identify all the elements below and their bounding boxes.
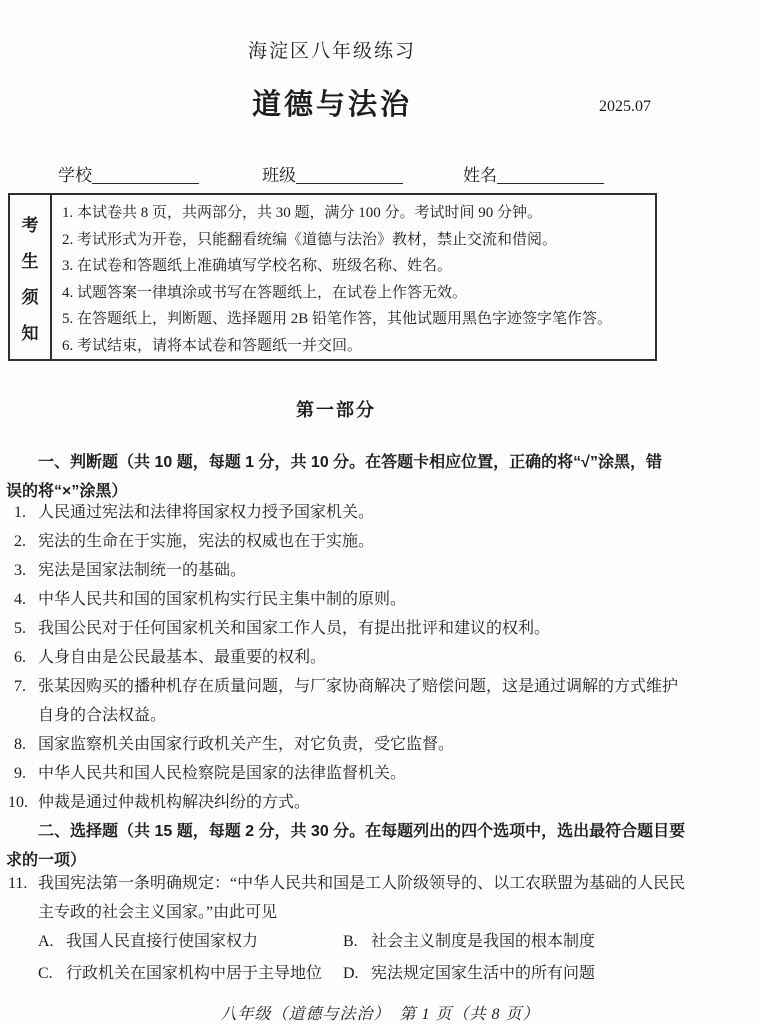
question-text: 仲裁是通过仲裁机构解决纠纷的方式。 (38, 794, 310, 811)
judgment-section-heading-line2: 误的将“×”涂黑） (6, 478, 127, 501)
question-number: 8. (14, 735, 38, 755)
question-text: 人民通过宪法和法律将国家权力授予国家机关。 (38, 504, 374, 521)
choice-section-heading-line1: 二、选择题（共 15 题，每题 2 分，共 30 分。在每题列出的四个选项中，选… (38, 818, 685, 841)
option-b: B.社会主义制度是我国的根本制度 (343, 932, 595, 952)
class-label: 班级 (262, 166, 296, 185)
school-blank-line (92, 166, 199, 184)
notice-side-char: 须 (22, 283, 39, 308)
school-field: 学校 (58, 161, 199, 186)
question-text: 中华人民共和国的国家机构实行民主集中制的原则。 (38, 591, 406, 608)
option-text: 行政机关在国家机构中居于主导地位 (66, 965, 322, 982)
notice-item: 4. 试题答案一律填涂或书写在答题纸上，在试卷上作答无效。 (62, 280, 655, 307)
exam-date: 2025.07 (599, 98, 651, 116)
choice-question-11: 11.我国宪法第一条明确规定：“中华人民共和国是工人阶级领导的、以工农联盟为基础… (8, 874, 685, 894)
question-number: 3. (14, 561, 38, 581)
option-label: B. (343, 932, 371, 952)
notice-item: 2. 考试形式为开卷，只能翻看统编《道德与法治》教材，禁止交流和借阅。 (62, 227, 655, 254)
question-number: 11. (8, 874, 38, 894)
choice-question-11-continued: 主专政的社会主义国家。”由此可见 (38, 903, 277, 923)
question-number: 9. (14, 764, 38, 784)
judgment-question-9: 9.中华人民共和国人民检察院是国家的法律监督机关。 (14, 764, 406, 784)
question-number: 5. (14, 619, 38, 639)
question-number: 4. (14, 590, 38, 610)
paper-title: 道德与法治 (0, 82, 664, 123)
question-text: 国家监察机关由国家行政机关产生，对它负责，受它监督。 (38, 736, 454, 753)
exam-paper-page: 海淀区八年级练习 道德与法治 2025.07 学校 班级 姓名 考 生 须 知 … (0, 0, 760, 1024)
option-text: 宪法规定国家生活中的所有问题 (371, 965, 595, 982)
question-text: 我国宪法第一条明确规定：“中华人民共和国是工人阶级领导的、以工农联盟为基础的人民… (38, 875, 685, 892)
judgment-question-10: 10.仲裁是通过仲裁机构解决纠纷的方式。 (8, 793, 310, 813)
notice-items: 1. 本试卷共 8 页，共两部分，共 30 题，满分 100 分。考试时间 90… (52, 195, 655, 359)
judgment-question-2: 2.宪法的生命在于实施，宪法的权威也在于实施。 (14, 532, 374, 552)
notice-side-char: 生 (22, 247, 39, 272)
option-label: C. (38, 964, 66, 984)
name-blank-line (497, 166, 604, 184)
question-text: 人身自由是公民最基本、最重要的权利。 (38, 649, 326, 666)
question-number: 10. (8, 793, 38, 813)
school-label: 学校 (58, 166, 92, 185)
question-number: 7. (14, 677, 38, 697)
question-text: 主专政的社会主义国家。”由此可见 (38, 904, 277, 921)
judgment-question-6: 6.人身自由是公民最基本、最重要的权利。 (14, 648, 326, 668)
judgment-question-5: 5.我国公民对于任何国家机关和国家工作人员，有提出批评和建议的权利。 (14, 619, 550, 639)
choice-section-heading-line2: 求的一项） (6, 847, 86, 870)
question-text: 宪法是国家法制统一的基础。 (38, 562, 246, 579)
option-c: C.行政机关在国家机构中居于主导地位 (38, 964, 322, 984)
notice-item: 5. 在答题纸上，判断题、选择题用 2B 铅笔作答，其他试题用黑色字迹签字笔作答… (62, 306, 655, 333)
judgment-section-heading-line1: 一、判断题（共 10 题，每题 1 分，共 10 分。在答题卡相应位置，正确的将… (38, 449, 662, 472)
option-text: 我国人民直接行使国家权力 (66, 933, 258, 950)
option-label: A. (38, 932, 66, 952)
class-blank-line (296, 166, 403, 184)
page-footer: 八年级（道德与法治） 第 1 页（共 8 页） (0, 1001, 760, 1024)
option-a: A.我国人民直接行使国家权力 (38, 932, 258, 952)
judgment-question-7-continued: 自身的合法权益。 (38, 706, 166, 726)
question-number: 1. (14, 503, 38, 523)
option-text: 社会主义制度是我国的根本制度 (371, 933, 595, 950)
question-text: 中华人民共和国人民检察院是国家的法律监督机关。 (38, 765, 406, 782)
notice-item: 6. 考试结束，请将本试卷和答题纸一并交回。 (62, 333, 655, 360)
notice-item: 1. 本试卷共 8 页，共两部分，共 30 题，满分 100 分。考试时间 90… (62, 200, 655, 227)
judgment-question-1: 1.人民通过宪法和法律将国家权力授予国家机关。 (14, 503, 374, 523)
candidate-notice-box: 考 生 须 知 1. 本试卷共 8 页，共两部分，共 30 题，满分 100 分… (8, 193, 657, 361)
judgment-question-7: 7.张某因购买的播种机存在质量问题，与厂家协商解决了赔偿问题，这是通过调解的方式… (14, 677, 678, 697)
question-number: 6. (14, 648, 38, 668)
judgment-question-4: 4.中华人民共和国的国家机构实行民主集中制的原则。 (14, 590, 406, 610)
name-label: 姓名 (463, 166, 497, 185)
part-one-heading: 第一部分 (0, 396, 672, 422)
option-label: D. (343, 964, 371, 984)
judgment-question-3: 3.宪法是国家法制统一的基础。 (14, 561, 246, 581)
name-field: 姓名 (463, 161, 604, 186)
question-number: 2. (14, 532, 38, 552)
notice-side-label: 考 生 须 知 (10, 195, 52, 359)
question-text: 宪法的生命在于实施，宪法的权威也在于实施。 (38, 533, 374, 550)
question-text: 自身的合法权益。 (38, 707, 166, 724)
question-text: 我国公民对于任何国家机关和国家工作人员，有提出批评和建议的权利。 (38, 620, 550, 637)
notice-side-char: 考 (22, 211, 39, 236)
notice-side-char: 知 (22, 319, 39, 344)
question-text: 张某因购买的播种机存在质量问题，与厂家协商解决了赔偿问题，这是通过调解的方式维护 (38, 678, 678, 695)
judgment-question-8: 8.国家监察机关由国家行政机关产生，对它负责，受它监督。 (14, 735, 454, 755)
exam-label: 海淀区八年级练习 (0, 36, 664, 63)
option-d: D.宪法规定国家生活中的所有问题 (343, 964, 595, 984)
class-field: 班级 (262, 161, 403, 186)
notice-item: 3. 在试卷和答题纸上准确填写学校名称、班级名称、姓名。 (62, 253, 655, 280)
